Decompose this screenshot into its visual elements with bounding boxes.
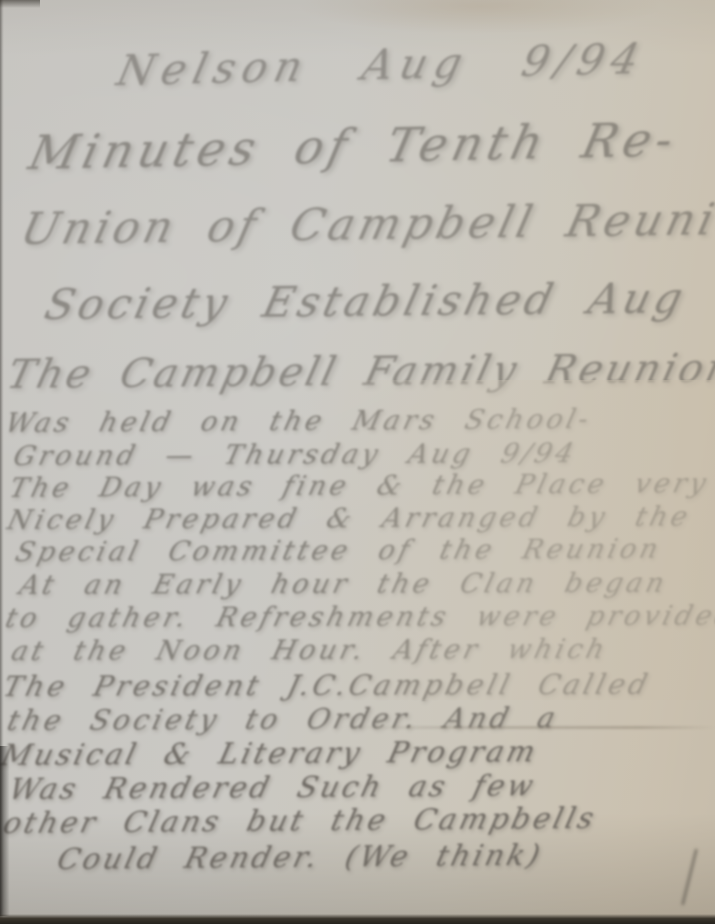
pen-flourish-stroke <box>681 848 698 905</box>
manuscript-line: At an Early hour the Clan began <box>20 568 667 601</box>
manuscript-line: Minutes of Tenth Re- <box>29 112 677 181</box>
page-edge-bottom <box>0 914 715 924</box>
manuscript-line: The President J.C.Campbell Called <box>4 668 650 703</box>
manuscript-line: Was Rendered Such as few <box>10 768 536 806</box>
manuscript-line: Was held on the Mars School- <box>6 404 591 439</box>
paper-crease <box>340 726 715 729</box>
handwriting-layer: Nelson Aug 9/94 Minutes of Tenth Re- Uni… <box>0 0 715 924</box>
manuscript-line: Nelson Aug 9/94 <box>117 34 645 95</box>
manuscript-line: other Clans but the Campbells <box>4 801 596 840</box>
manuscript-line: to gather. Refreshments were provided <box>6 600 715 634</box>
manuscript-line: The Day was fine & the Place very <box>10 468 709 504</box>
manuscript-line: Society Established Aug <box>46 273 686 329</box>
photo-of-manuscript: Nelson Aug 9/94 Minutes of Tenth Re- Uni… <box>0 0 715 924</box>
manuscript-line: The Campbell Family Reunion <box>8 346 715 398</box>
manuscript-line: Could Render. (We think) <box>58 838 542 876</box>
manuscript-line: Nicely Prepared & Arranged by the <box>8 501 691 536</box>
manuscript-line: Ground — Thursday Aug 9/94 <box>14 438 576 472</box>
manuscript-line: Special Committee of the Reunion <box>16 534 661 568</box>
page-corner-bottom-left <box>0 746 12 916</box>
manuscript-line: Union of Campbell Reunion <box>22 193 715 255</box>
manuscript-line: at the Noon Hour. After which <box>12 634 607 667</box>
page-corner-top-left <box>0 0 40 8</box>
manuscript-line: Musical & Literary Program <box>2 734 538 772</box>
manuscript-line: the Society to Order. And a <box>8 701 558 737</box>
